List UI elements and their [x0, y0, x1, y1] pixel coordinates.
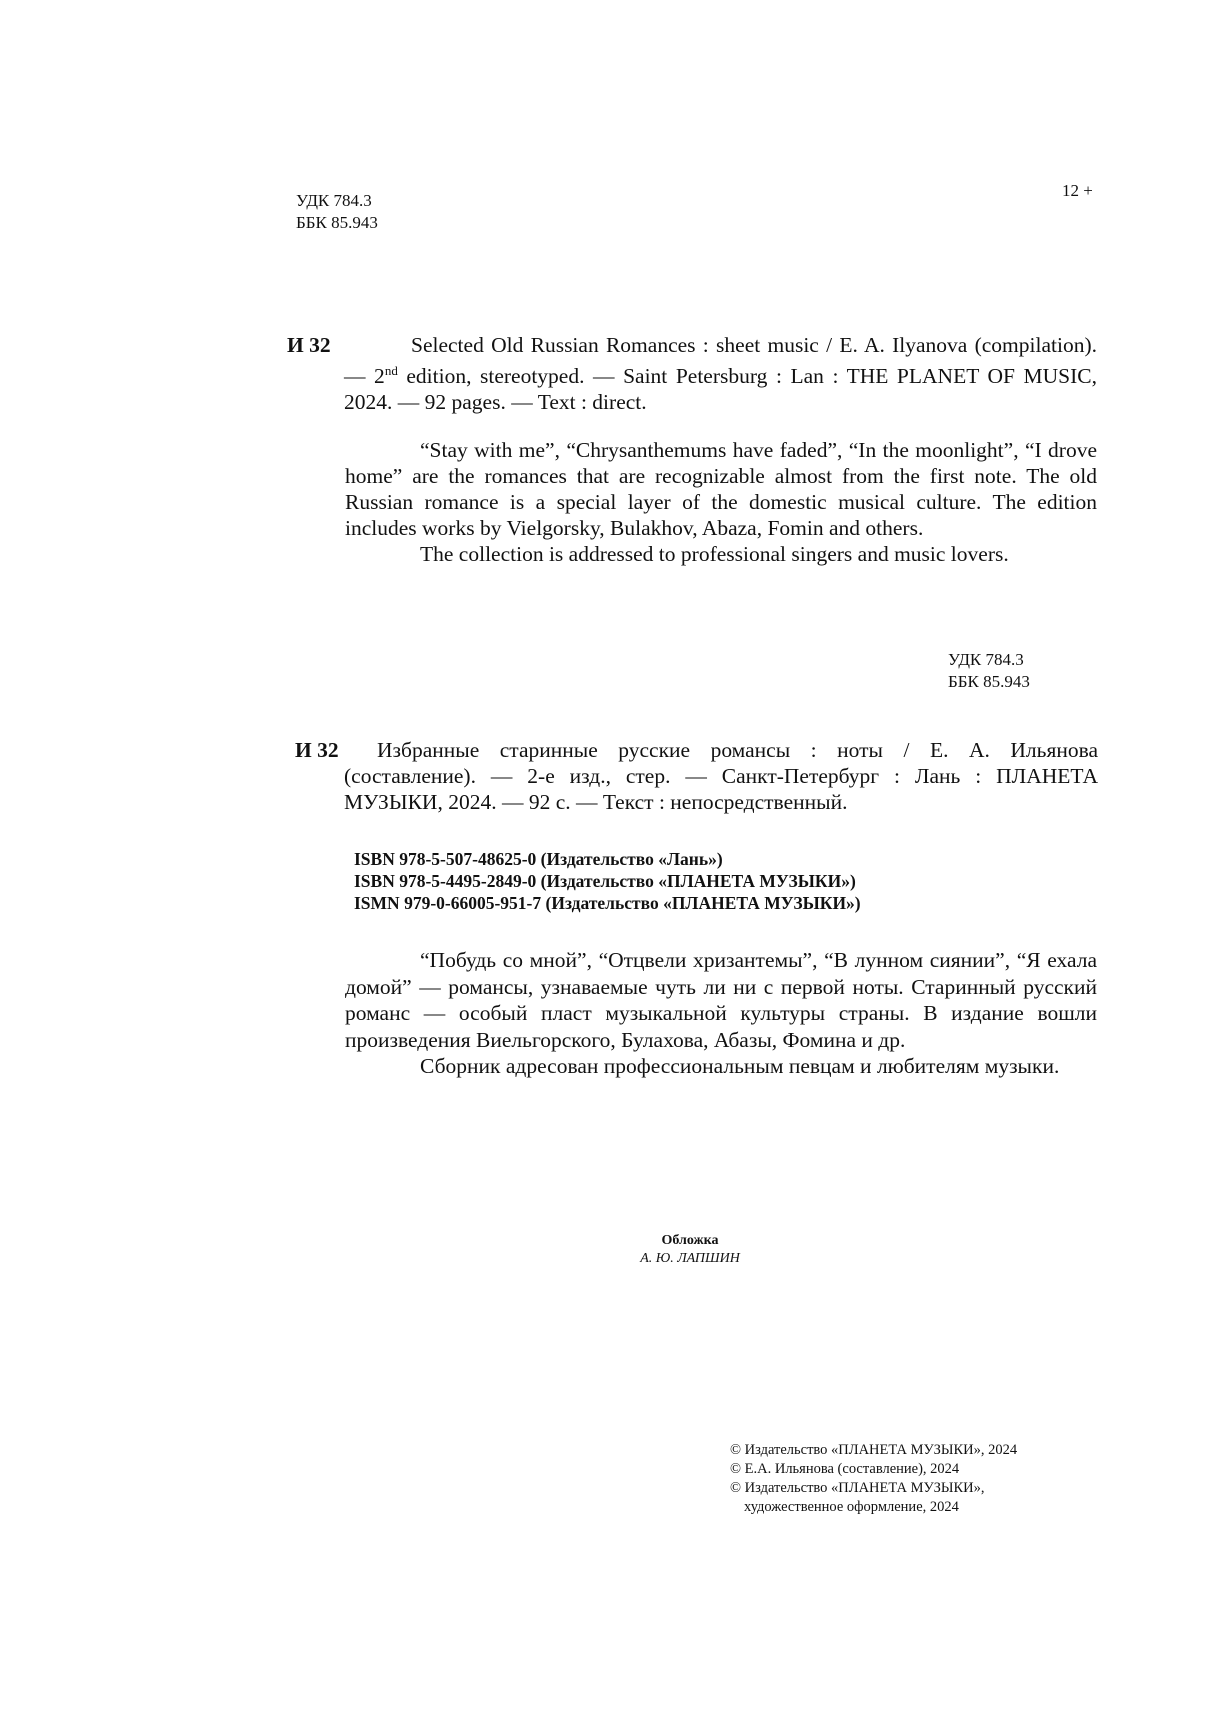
entry-text-part2: edition, stereotyped. — Saint Petersburg… [344, 364, 1097, 414]
abstract-paragraph: “Побудь со мной”, “Отцвели хризантемы”, … [345, 947, 1097, 1053]
copyright-line: художественное оформление, 2024 [730, 1498, 1017, 1517]
copyright-line: © Е.А. Ильянова (составление), 2024 [730, 1460, 1017, 1479]
udk-code: УДК 784.3 [948, 649, 1030, 671]
ismn-planet: ISMN 979-0-66005-951-7 (Издательство «ПЛ… [354, 892, 861, 914]
isbn-lan: ISBN 978-5-507-48625-0 (Издательство «Ла… [354, 848, 861, 870]
cover-credit: Обложка А. Ю. ЛАПШИН [0, 1232, 1211, 1268]
abstract-ru: “Побудь со мной”, “Отцвели хризантемы”, … [345, 947, 1097, 1080]
author-mark: И 32 [295, 737, 339, 763]
abstract-paragraph: “Stay with me”, “Chrysanthemums have fad… [345, 437, 1097, 541]
bibliographic-entry-ru: И 32 Избранные старинные русские романсы… [295, 737, 1098, 815]
cover-artist: А. Ю. ЛАПШИН [0, 1250, 1211, 1268]
bbk-code: ББК 85.943 [948, 671, 1030, 693]
copyright-block: © Издательство «ПЛАНЕТА МУЗЫКИ», 2024 © … [730, 1441, 1017, 1517]
udk-code: УДК 784.3 [296, 190, 378, 212]
ordinal-suffix: nd [385, 363, 398, 378]
entry-text: Selected Old Russian Romances : sheet mu… [344, 332, 1097, 415]
abstract-paragraph: The collection is addressed to professio… [345, 541, 1097, 567]
bbk-code: ББК 85.943 [296, 212, 378, 234]
abstract-paragraph: Сборник адресован профессиональным певца… [345, 1053, 1097, 1080]
identifiers-block: ISBN 978-5-507-48625-0 (Издательство «Ла… [354, 848, 861, 914]
classification-block-ru: УДК 784.3 ББК 85.943 [948, 649, 1030, 693]
abstract-en: “Stay with me”, “Chrysanthemums have fad… [345, 437, 1097, 567]
cover-label: Обложка [0, 1232, 1211, 1250]
classification-block-top: УДК 784.3 ББК 85.943 [296, 190, 378, 234]
isbn-planet: ISBN 978-5-4495-2849-0 (Издательство «ПЛ… [354, 870, 861, 892]
author-mark: И 32 [287, 332, 331, 358]
entry-text: Избранные старинные русские романсы : но… [344, 737, 1098, 815]
bibliographic-entry-en: И 32 Selected Old Russian Romances : she… [287, 332, 1097, 415]
age-rating: 12 + [1062, 181, 1093, 201]
copyright-line: © Издательство «ПЛАНЕТА МУЗЫКИ», 2024 [730, 1441, 1017, 1460]
copyright-line: © Издательство «ПЛАНЕТА МУЗЫКИ», [730, 1479, 1017, 1498]
